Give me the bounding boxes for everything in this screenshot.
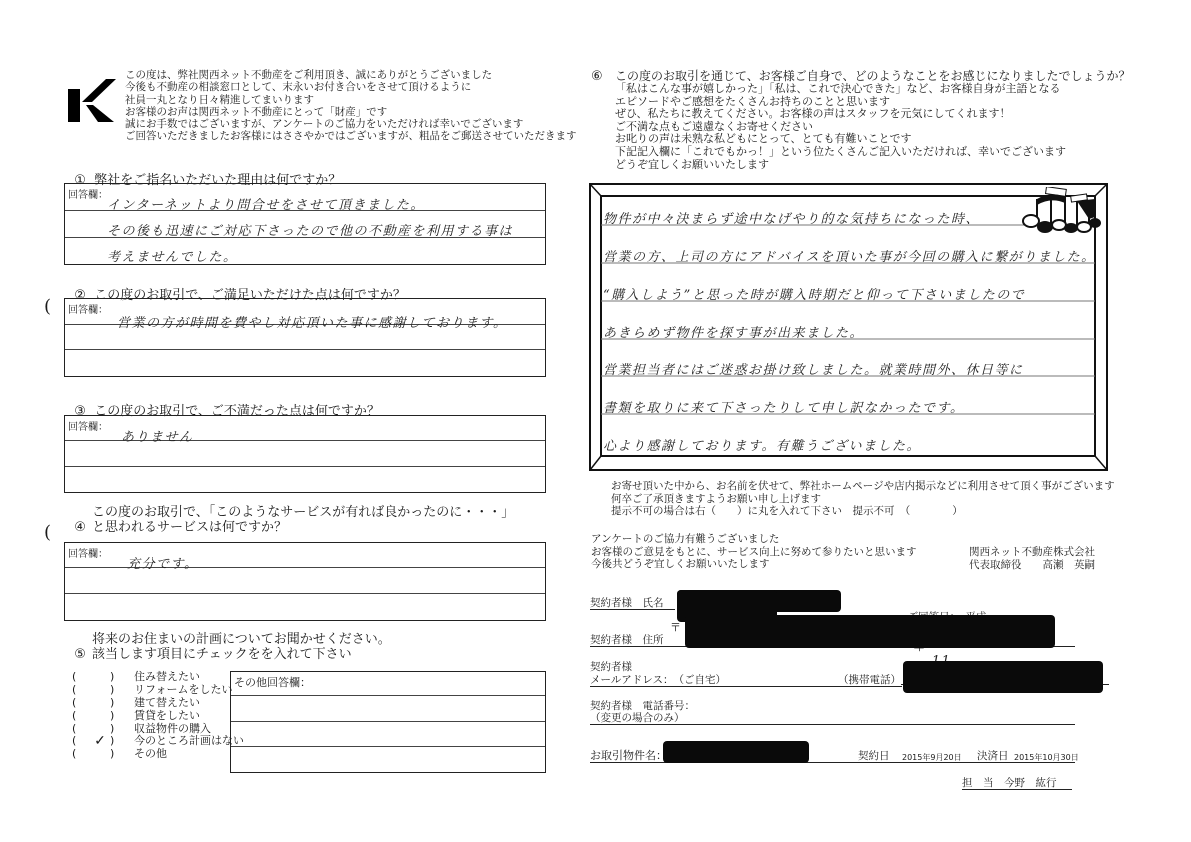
- intro-line: 誠にお手数ではございますが、アンケートのご協力をいただければ幸いでございます: [125, 118, 577, 130]
- phone-label-1: 契約者様 電話番号：: [590, 700, 695, 712]
- question-1-answer-box[interactable]: 回答欄： インターネットより問合せをさせて頂きました。 その後も迅速にご対応下さ…: [64, 183, 546, 265]
- answer-label: 回答欄：: [68, 418, 108, 433]
- plan-option[interactable]: ()建て替えたい: [72, 697, 244, 710]
- intro-line: この度は、弊社関西ネット不動産をご利用頂き、誠にありがとうございました: [125, 69, 577, 81]
- q6-answer-line: 書類を取りに来て下さったりして申し訳なかったです。: [603, 397, 964, 416]
- representative-name: 代表取締役 高瀬 英嗣: [969, 559, 1095, 571]
- margin-mark: (: [44, 522, 51, 543]
- plan-option[interactable]: ()リフォームをしたい: [72, 684, 244, 697]
- checkbox-mark[interactable]: ✓: [90, 735, 110, 748]
- question-5-title: ⑤: [66, 632, 86, 662]
- intro-line: お客様のお声は関西ネット不動産にとって「財産」です: [125, 106, 577, 118]
- answer-line: 営業の方が時間を費やし対応頂いた事に感謝しております。: [117, 312, 507, 331]
- q6-answer-line: 営業の方、上司の方にアドバイスを頂いた事が今回の購入に繋がりました。: [603, 246, 1096, 265]
- answer-label: 回答欄：: [68, 186, 108, 201]
- checkbox-open-paren: (: [72, 710, 90, 723]
- answer-line: インターネットより問合せをさせて頂きました。: [107, 194, 425, 213]
- publication-line[interactable]: 提示不可の場合は右（ ）に丸を入れて下さい 提示不可 （ ）: [611, 505, 1115, 518]
- other-answer-label: その他回答欄：: [234, 674, 311, 690]
- mobile-label: （携帯電話）: [838, 674, 901, 686]
- intro-line: 社員一丸となり日々精進してまいります: [125, 94, 577, 106]
- q6-answer-line: 物件が中々決まらず途中なげやり的な気持ちになった時、: [603, 208, 980, 227]
- question-6-answer-frame[interactable]: 物件が中々決まらず途中なげやり的な気持ちになった時、 営業の方、上司の方にアドバ…: [589, 183, 1108, 471]
- checkbox-close-paren: ): [110, 748, 134, 761]
- checkbox-open-paren: (: [72, 684, 90, 697]
- answer-line: ありません: [121, 426, 194, 445]
- checkbox-open-paren: (: [72, 671, 90, 684]
- settlement-date-label: 決済日: [977, 750, 1009, 762]
- q6-answer-line: 営業担当者にはご迷惑お掛け致しました。就業時間外、休日等に: [603, 359, 1024, 378]
- answer-line: その後も迅速にご対応下さったので他の不動産を利用する事は: [107, 220, 513, 239]
- question-4-text: この度のお取引で、「このようなサービスが有れば良かったのに・・・」 と思われるサ…: [92, 505, 514, 535]
- plan-option-label: 賃貸をしたい: [134, 710, 200, 723]
- q6-answer-line: あきらめず物件を探す事が出来ました。: [603, 322, 864, 341]
- question-number: ④: [74, 520, 86, 535]
- settlement-date: 2015年10月30日: [1014, 752, 1079, 764]
- q6-line: 下記記入欄に「これでもかっ！」という位たくさんご記入いただければ、幸いでございま…: [615, 146, 1131, 159]
- k-logo-icon: [68, 78, 116, 122]
- closing-line: アンケートのご協力有難うございました: [591, 533, 917, 546]
- margin-mark: (: [44, 296, 51, 317]
- company-logo: [68, 78, 116, 122]
- answer-line: 考えませんでした。: [107, 246, 238, 265]
- answer-label: 回答欄：: [68, 545, 108, 560]
- intro-line: 今後も不動産の相談窓口として、末永いお付き合いをさせて頂けるように: [125, 81, 577, 93]
- phone-label-2: （変更の場合のみ）: [590, 712, 1075, 725]
- plan-option[interactable]: ()その他: [72, 748, 244, 761]
- email-label-1: 契約者様: [590, 661, 632, 673]
- closing-line: 今後共どうぞ宜しくお願いいたします: [591, 558, 917, 571]
- q6-line: ぜひ、私たちに教えてください。お客様の声はスタッフを元気にしてくれます！: [615, 108, 1131, 121]
- redacted-mobile: [903, 661, 1103, 693]
- company-name: 関西ネット不動産株式会社: [969, 546, 1095, 558]
- closing-line: お客様のご意見をもとに、サービス向上に努めて参りたいと思います: [591, 546, 917, 559]
- q6-answer-line: 心より感謝しております。有難うございました。: [603, 435, 921, 454]
- checkbox-close-paren: ): [110, 697, 134, 710]
- answer-label: 回答欄：: [68, 301, 108, 316]
- contract-date-label: 契約日: [858, 750, 890, 762]
- question-6-text: この度のお取引を通じて、お客様ご自身で、どのようなことをお感じになりましたでしょ…: [615, 70, 1131, 171]
- checkbox-close-paren: ): [110, 710, 134, 723]
- contract-date: 2015年9月20日: [902, 752, 962, 764]
- publication-line: お寄せ頂いた中から、お名前を伏せて、弊社ホームページや店内掲示などに利用させて頂…: [611, 480, 1115, 493]
- redacted-address-2: [685, 615, 1055, 648]
- plan-option-label: 建て替えたい: [134, 697, 200, 710]
- q6-answer-line: “購入しよう”と思った時が購入時期だと仰って下さいましたので: [603, 284, 1025, 303]
- plan-option-label: 住み替えたい: [134, 671, 200, 684]
- music-notes-icon: [1021, 187, 1101, 235]
- checkbox-close-paren: ): [110, 684, 134, 697]
- plan-option[interactable]: ()賃貸をしたい: [72, 710, 244, 723]
- question-6-number: ⑥: [591, 69, 603, 84]
- question-5-text: 将来のお住まいの計画についてお聞かせください。 該当します項目にチェックをを入れ…: [92, 632, 391, 662]
- intro-text: この度は、弊社関西ネット不動産をご利用頂き、誠にありがとうございました 今後も不…: [125, 69, 577, 143]
- question-4-title: ④: [66, 505, 86, 535]
- question-number: ⑤: [74, 647, 86, 662]
- q6-line: どうぞ宜しくお願いいたします: [615, 159, 1131, 172]
- plan-option[interactable]: ()住み替えたい: [72, 671, 244, 684]
- publication-line: 何卒ご了承頂きますようお願い申し上げます: [611, 493, 1115, 506]
- answer-line: 充分です。: [127, 553, 198, 572]
- checkbox-close-paren: ): [110, 671, 134, 684]
- checkbox-open-paren: (: [72, 697, 90, 710]
- other-answer-box[interactable]: その他回答欄：: [230, 671, 546, 773]
- staff-name: 担 当 今野 紘行: [962, 777, 1072, 790]
- publication-notice: お寄せ頂いた中から、お名前を伏せて、弊社ホームページや店内掲示などに利用させて頂…: [611, 480, 1115, 518]
- q6-line: 「私はこんな事が嬉しかった」「私は、これで決心できた」など、お客様自身が主語とな…: [615, 83, 1131, 96]
- plan-option-label: リフォームをしたい: [134, 684, 232, 697]
- question-4-answer-box[interactable]: 回答欄： 充分です。: [64, 542, 546, 621]
- contractor-name-label: 契約者様 氏名: [590, 597, 675, 610]
- plan-options: ()住み替えたい()リフォームをしたい()建て替えたい()賃貸をしたい()収益物…: [72, 671, 244, 761]
- checkbox-open-paren: (: [72, 748, 90, 761]
- question-2-answer-box[interactable]: 回答欄： 営業の方が時間を費やし対応頂いた事に感謝しております。: [64, 298, 546, 377]
- question-3-answer-box[interactable]: 回答欄： ありません: [64, 415, 546, 493]
- postal-mark: 〒: [670, 622, 681, 634]
- redacted-property: [663, 741, 809, 763]
- intro-line: ご回答いただきましたお客様にはささやかではございますが、粗品をご郵送させていただ…: [125, 130, 577, 142]
- plan-option-label: その他: [134, 748, 167, 761]
- closing-message: アンケートのご協力有難うございました お客様のご意見をもとに、サービス向上に努め…: [591, 533, 917, 571]
